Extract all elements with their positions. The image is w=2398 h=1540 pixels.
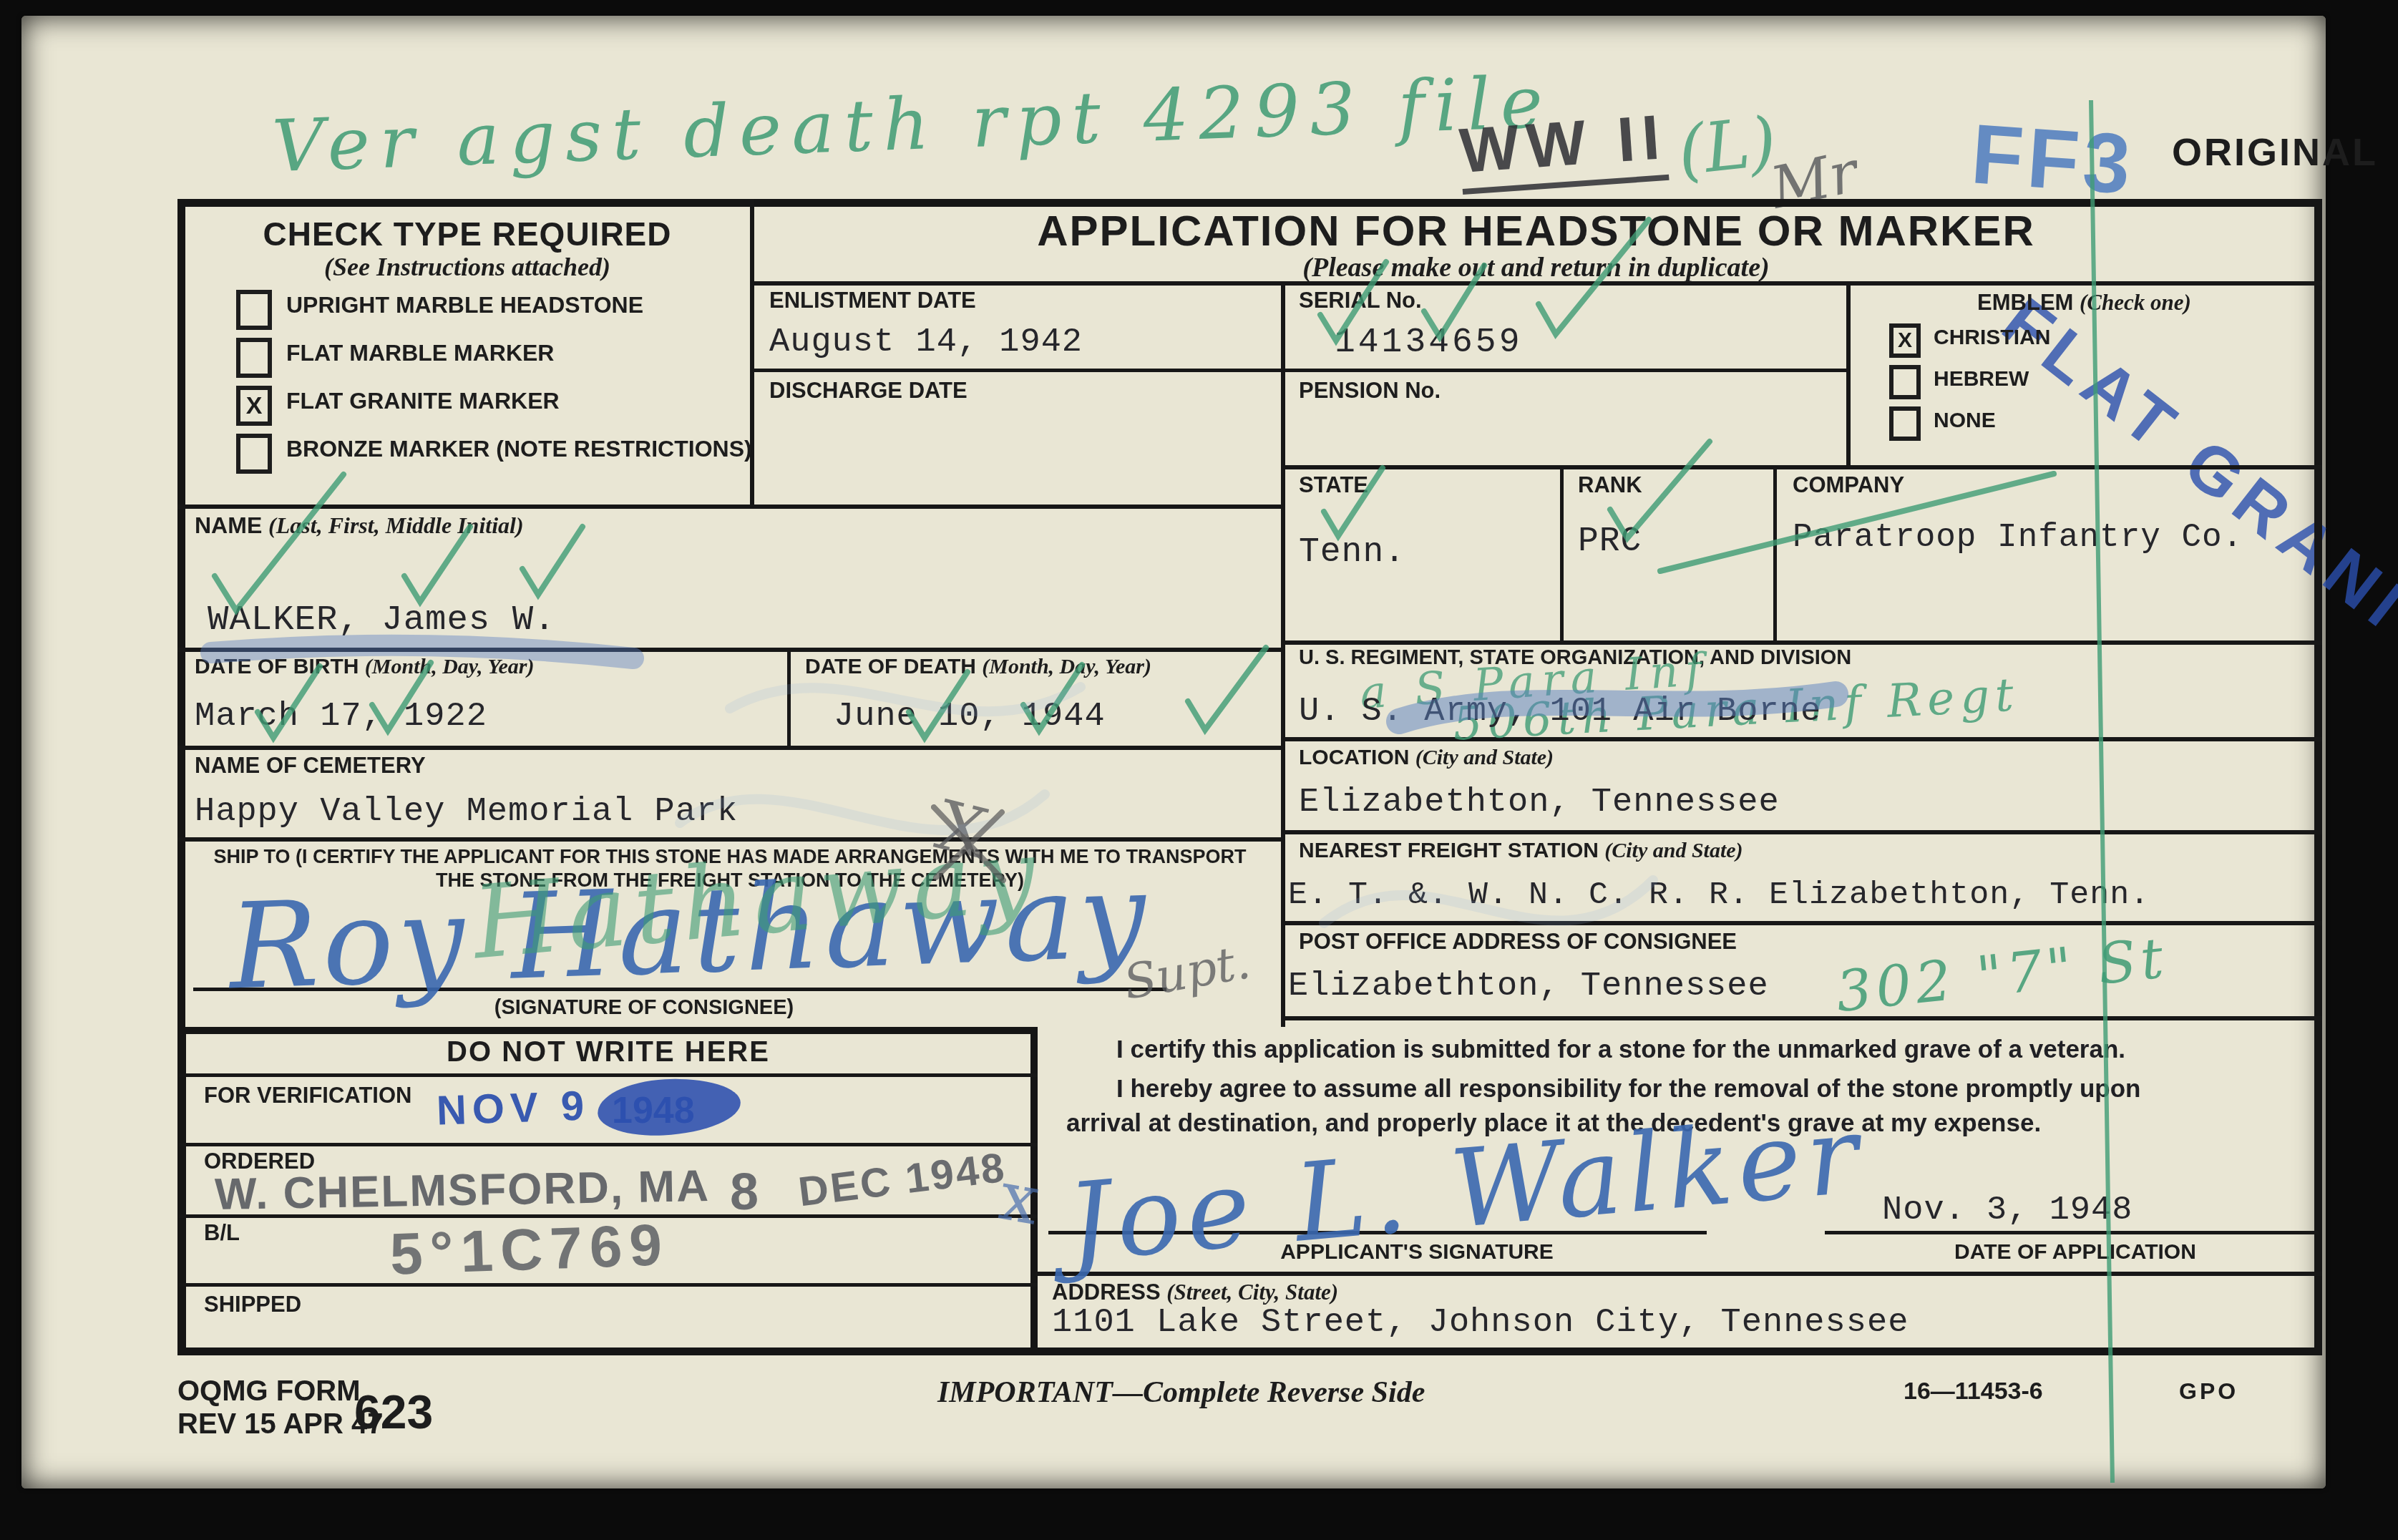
checkbox-bronze-label: BRONZE MARKER (NOTE RESTRICTIONS) bbox=[286, 436, 752, 462]
form-subtitle: (Please make out and return in duplicate… bbox=[750, 252, 2322, 283]
rank-label: RANK bbox=[1578, 472, 1642, 498]
applicant-signature-label: APPLICANT'S SIGNATURE bbox=[1145, 1240, 1689, 1264]
dob-label-italic: (Month, Day, Year) bbox=[365, 655, 535, 678]
serial-no-value: 14134659 bbox=[1335, 323, 1522, 362]
location-label: LOCATION (City and State) bbox=[1299, 746, 1554, 770]
check-type-subtitle: (See Instructions attached) bbox=[185, 252, 750, 282]
divider bbox=[177, 648, 1285, 652]
ordered-place-stamp: W. CHELMSFORD, MA bbox=[214, 1161, 710, 1220]
do-not-write-title: DO NOT WRITE HERE bbox=[179, 1036, 1038, 1068]
discharge-date-label: DISCHARGE DATE bbox=[769, 378, 968, 404]
application-date-line bbox=[1825, 1231, 2319, 1234]
location-value: Elizabethton, Tennessee bbox=[1299, 784, 1780, 822]
dod-label-text: DATE OF DEATH bbox=[805, 655, 976, 678]
divider bbox=[787, 648, 791, 746]
checkbox-flat-marble bbox=[236, 338, 272, 378]
divider bbox=[1281, 465, 2322, 469]
company-value: Paratroop Infantry Co. bbox=[1793, 519, 2243, 556]
verification-date-stamp: NOV 9 bbox=[436, 1081, 590, 1134]
checkbox-none bbox=[1889, 406, 1921, 441]
for-verification-label: FOR VERIFICATION bbox=[204, 1083, 411, 1108]
dob-label-text: DATE OF BIRTH bbox=[195, 655, 359, 678]
checkbox-flat-granite-label: FLAT GRANITE MARKER bbox=[286, 388, 560, 414]
divider bbox=[1281, 281, 1285, 1027]
checkbox-hebrew bbox=[1889, 365, 1921, 399]
certification-line-2: I hereby agree to assume all responsibil… bbox=[1116, 1075, 2140, 1103]
emblem-label-text: EMBLEM bbox=[1977, 290, 2073, 315]
footer-gpo: GPO bbox=[2179, 1378, 2238, 1405]
checkbox-flat-granite: X bbox=[236, 386, 272, 426]
checkbox-upright-marble bbox=[236, 290, 272, 330]
emblem-label-italic: (Check one) bbox=[2080, 290, 2191, 315]
enlistment-date-label: ENLISTMENT DATE bbox=[769, 288, 976, 313]
po-address-value: Elizabethton, Tennessee bbox=[1288, 968, 1769, 1005]
checkbox-christian-label: CHRISTIAN bbox=[1934, 326, 2050, 350]
regiment-value: U. S. Army, 101 Air Borne bbox=[1299, 693, 1821, 731]
ww2-stamp: WW II bbox=[1457, 100, 1670, 195]
divider bbox=[179, 1283, 1038, 1287]
address-label-italic: (Street, City, State) bbox=[1166, 1280, 1338, 1305]
address-label: ADDRESS (Street, City, State) bbox=[1052, 1280, 1338, 1305]
divider bbox=[177, 505, 1285, 509]
ff3-crayon-note: FF3 bbox=[1969, 105, 2138, 214]
address-value: 1101 Lake Street, Johnson City, Tennesse… bbox=[1052, 1304, 1909, 1342]
divider bbox=[1773, 465, 1777, 644]
dod-label-italic: (Month, Day, Year) bbox=[982, 655, 1151, 678]
paren-l-note: (L) bbox=[1675, 102, 1780, 191]
location-label-text: LOCATION bbox=[1299, 746, 1409, 769]
checkbox-upright-marble-label: UPRIGHT MARBLE HEADSTONE bbox=[286, 292, 643, 318]
date-of-death-label: DATE OF DEATH (Month, Day, Year) bbox=[805, 655, 1151, 679]
checkbox-hebrew-label: HEBREW bbox=[1934, 367, 2029, 391]
date-of-birth-value: March 17, 1922 bbox=[195, 698, 487, 736]
checkbox-christian: X bbox=[1889, 323, 1921, 358]
scanned-document: Ver agst death rpt 4293 file WW II (L) M… bbox=[0, 0, 2398, 1540]
state-value: Tenn. bbox=[1299, 533, 1405, 572]
ordered-day-stamp: 8 bbox=[730, 1163, 759, 1222]
emblem-label: EMBLEM (Check one) bbox=[1846, 290, 2322, 316]
divider bbox=[1560, 465, 1564, 644]
date-of-birth-label: DATE OF BIRTH (Month, Day, Year) bbox=[195, 655, 534, 679]
consignee-signature-label: (SIGNATURE OF CONSIGNEE) bbox=[358, 996, 930, 1020]
application-date-label: DATE OF APPLICATION bbox=[1832, 1240, 2319, 1264]
cemetery-value: Happy Valley Memorial Park bbox=[195, 793, 738, 831]
divider bbox=[750, 369, 1851, 372]
divider bbox=[179, 1073, 1038, 1077]
original-label: ORIGINAL bbox=[2172, 130, 2378, 175]
bl-number-stamp: 5°1C769 bbox=[389, 1212, 670, 1289]
date-of-death-value: June 10, 1944 bbox=[834, 698, 1106, 736]
state-label: STATE bbox=[1299, 472, 1368, 498]
divider bbox=[1281, 737, 2322, 741]
divider bbox=[177, 746, 1285, 750]
divider bbox=[179, 1143, 1038, 1146]
po-address-label: POST OFFICE ADDRESS OF CONSIGNEE bbox=[1299, 929, 1737, 955]
divider bbox=[1281, 921, 2322, 925]
freight-label-text: NEAREST FREIGHT STATION bbox=[1299, 839, 1599, 862]
checkbox-none-label: NONE bbox=[1934, 409, 1996, 433]
footer-form-name: OQMG FORM bbox=[177, 1375, 361, 1408]
location-label-italic: (City and State) bbox=[1415, 746, 1554, 769]
freight-label-italic: (City and State) bbox=[1604, 839, 1743, 862]
checkbox-bronze bbox=[236, 434, 272, 474]
name-value: WALKER, James W. bbox=[208, 600, 555, 640]
name-label-italic: (Last, First, Middle Initial) bbox=[268, 512, 523, 538]
bl-label: B/L bbox=[204, 1220, 240, 1246]
checkbox-flat-marble-label: FLAT MARBLE MARKER bbox=[286, 340, 554, 366]
divider bbox=[1281, 640, 2322, 645]
footer-form-number: 623 bbox=[354, 1385, 433, 1439]
enlistment-date-value: August 14, 1942 bbox=[769, 323, 1083, 361]
freight-station-label: NEAREST FREIGHT STATION (City and State) bbox=[1299, 839, 1743, 863]
company-label: COMPANY bbox=[1793, 472, 1904, 498]
application-date-value: Nov. 3, 1948 bbox=[1882, 1191, 2133, 1229]
form-title: APPLICATION FOR HEADSTONE OR MARKER bbox=[750, 206, 2322, 255]
pension-no-label: PENSION No. bbox=[1299, 378, 1441, 404]
divider bbox=[177, 837, 1285, 842]
divider bbox=[1281, 1016, 2322, 1020]
footer-print-code: 16—11453-6 bbox=[1904, 1378, 2043, 1405]
name-label-text: NAME bbox=[195, 512, 262, 538]
shipped-label: SHIPPED bbox=[204, 1292, 301, 1317]
name-label: NAME (Last, First, Middle Initial) bbox=[195, 512, 524, 539]
footer-form-rev: REV 15 APR 47 bbox=[177, 1408, 384, 1441]
footer-important-note: IMPORTANT—Complete Reverse Side bbox=[937, 1375, 1425, 1410]
certification-line-1: I certify this application is submitted … bbox=[1116, 1035, 2125, 1064]
rank-value: PRC bbox=[1578, 522, 1642, 561]
address-label-text: ADDRESS bbox=[1052, 1280, 1161, 1305]
serial-no-label: SERIAL No. bbox=[1299, 288, 1422, 313]
check-type-title: CHECK TYPE REQUIRED bbox=[185, 215, 750, 253]
divider bbox=[1281, 830, 2322, 834]
freight-station-value: E. T. &. W. N. C. R. R. Elizabethton, Te… bbox=[1288, 877, 2150, 913]
cemetery-label: NAME OF CEMETERY bbox=[195, 753, 426, 779]
